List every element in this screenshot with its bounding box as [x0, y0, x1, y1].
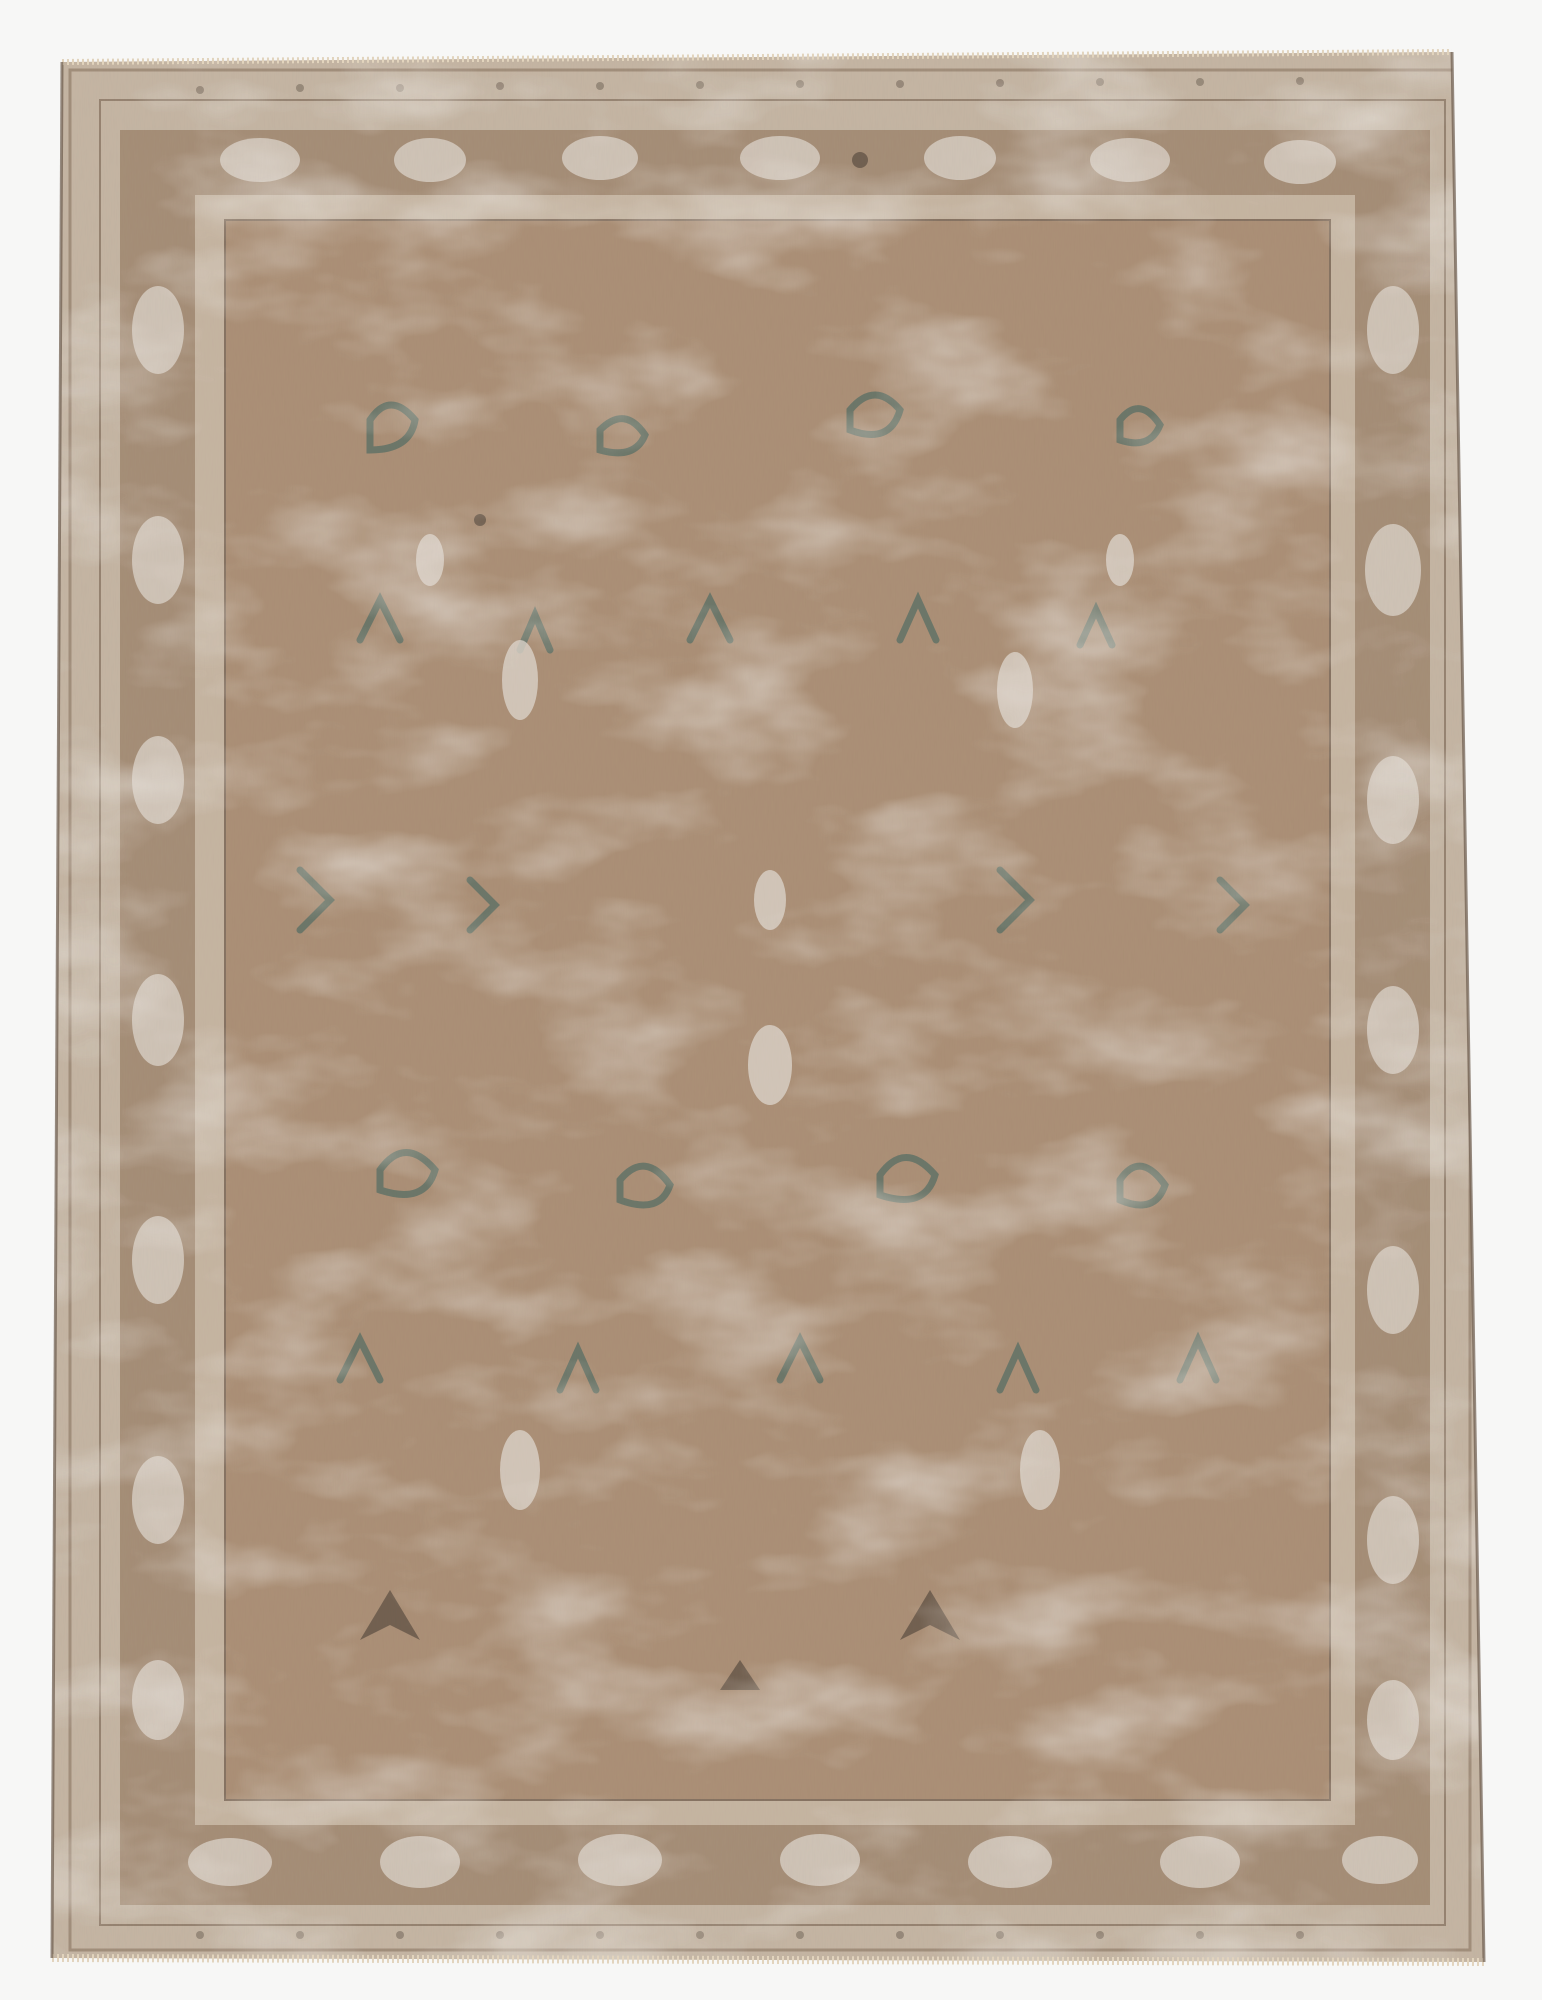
rug — [0, 0, 1542, 2000]
rug-photo — [0, 0, 1542, 2000]
